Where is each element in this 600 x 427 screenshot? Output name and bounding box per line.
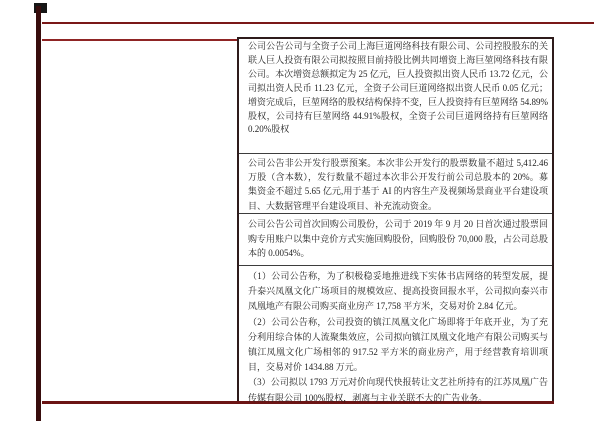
announcement-row-private-placement: 公司公告非公开发行股票预案。本次非公开发行的股票数量不超过 5,412.46 万… — [239, 153, 552, 213]
announcement-text: 公司公告公司与全资子公司上海巨道网络科技有限公司、公司控股股东的关联人巨人投资有… — [248, 40, 548, 137]
left-vertical-rule — [36, 6, 41, 421]
announcement-row-capital-increase: 公司公告公司与全资子公司上海巨道网络科技有限公司、公司控股股东的关联人巨人投资有… — [239, 39, 552, 153]
announcement-row-property-deals: （1）公司公告称，为了积极稳妥地推进线下实体书店网络的转型发展，提升泰兴凤凰文化… — [239, 265, 552, 403]
page: 公司公告公司与全资子公司上海巨道网络科技有限公司、公司控股股东的关联人巨人投资有… — [0, 0, 600, 427]
announcement-text: 公司公告公司首次回购公司股份，公司于 2019 年 9 月 20 日首次通过股票… — [248, 217, 548, 261]
announcement-text: （1）公司公告称，为了积极稳妥地推进线下实体书店网络的转型发展，提升泰兴凤凰文化… — [248, 269, 548, 315]
announcement-text: 公司公告非公开发行股票预案。本次非公开发行的股票数量不超过 5,412.46 万… — [248, 156, 548, 213]
announcements-table: 公司公告公司与全资子公司上海巨道网络科技有限公司、公司控股股东的关联人巨人投资有… — [237, 37, 554, 401]
table-top-leader-rule — [42, 39, 238, 41]
announcement-text: （2）公司公告称，公司投资的镇江凤凰文化广场即将于年底开业，为了充分利用综合体的… — [248, 315, 548, 376]
announcement-row-share-buyback: 公司公告公司首次回购公司股份，公司于 2019 年 9 月 20 日首次通过股票… — [239, 213, 552, 265]
top-horizontal-rule — [42, 22, 594, 24]
announcement-text: （3）公司拟以 1793 万元对价向现代快报转让文艺社所持有的江苏凤凰广告传媒有… — [248, 375, 548, 403]
